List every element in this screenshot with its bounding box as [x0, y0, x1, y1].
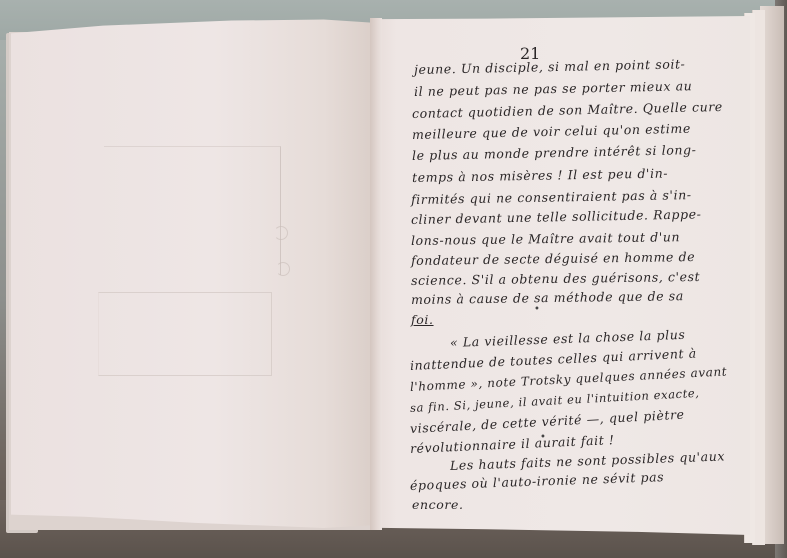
book-gutter — [370, 18, 382, 530]
embossed-shape-upper — [104, 146, 281, 275]
text-line: encore. — [412, 497, 742, 512]
embossed-knob — [274, 226, 288, 240]
embossed-shape-lower — [98, 292, 272, 376]
separator-dot: • — [540, 432, 546, 443]
text-line: foi. — [411, 312, 741, 327]
separator-dot: • — [534, 304, 540, 315]
photo-scene: 21 jeune. Un disciple, si mal en point s… — [0, 0, 787, 558]
embossed-knob — [276, 262, 290, 276]
